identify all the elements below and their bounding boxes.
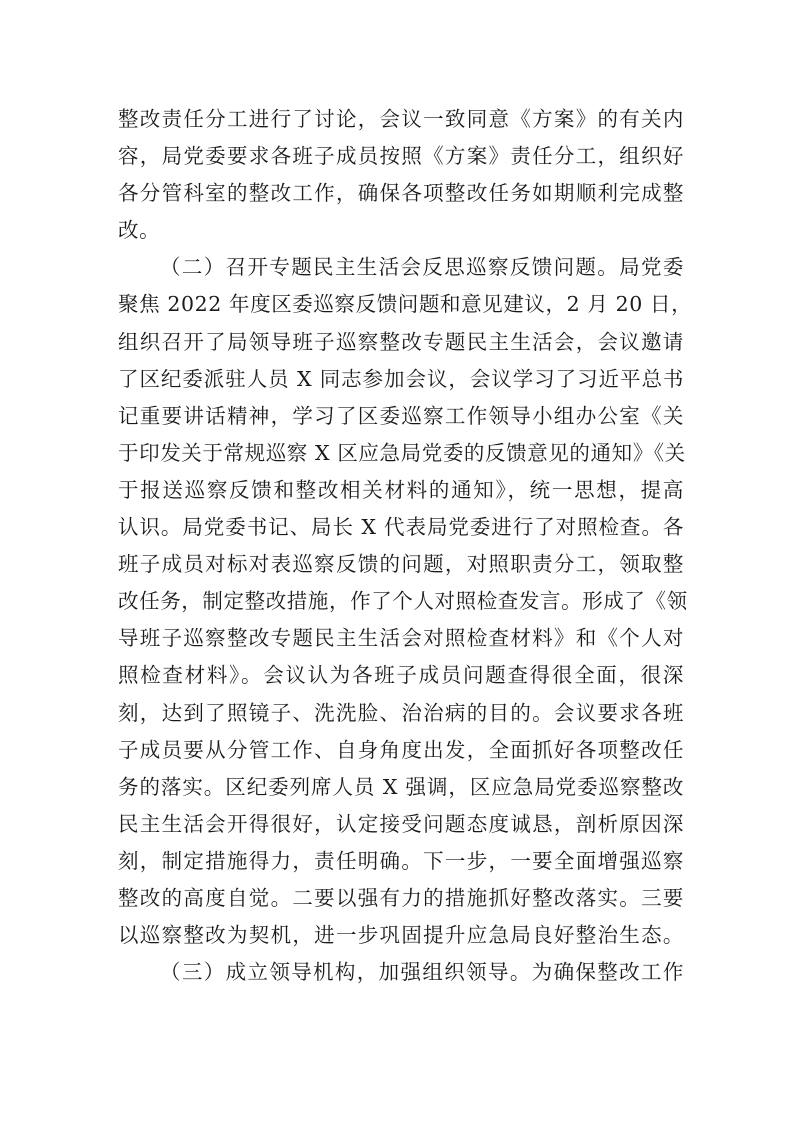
document-page: 整改责任分工进行了讨论，会议一致同意《方案》的有关内容，局党委要求各班子成员按照…	[118, 101, 684, 991]
body-text-line: 照检查材料》。会议认为各班子成员问题查得很全面，很深	[118, 657, 684, 694]
body-text-line: 民主生活会开得很好，认定接受问题态度诚恳，剖析原因深	[118, 806, 684, 843]
body-text-line: 务的落实。区纪委列席人员 X 强调，区应急局党委巡察整改	[118, 769, 684, 806]
body-text-line: 聚焦 2022 年度区委巡察反馈问题和意见建议，2 月 20 日，	[118, 286, 684, 323]
body-text-line: 班子成员对标对表巡察反馈的问题，对照职责分工，领取整	[118, 546, 684, 583]
body-text-line: 各分管科室的整改工作，确保各项整改任务如期顺利完成整	[118, 175, 684, 212]
paragraph-heading-line: （二）召开专题民主生活会反思巡察反馈问题。局党委	[118, 249, 684, 286]
body-text-line: 子成员要从分管工作、自身角度出发，全面抓好各项整改任	[118, 732, 684, 769]
body-text-line: 于印发关于常规巡察 X 区应急局党委的反馈意见的通知》《关	[118, 435, 684, 472]
body-text-line: 容，局党委要求各班子成员按照《方案》责任分工，组织好	[118, 138, 684, 175]
body-text-line: 认识。局党委书记、局长 X 代表局党委进行了对照检查。各	[118, 509, 684, 546]
body-text-line: 记重要讲话精神，学习了区委巡察工作领导小组办公室《关	[118, 398, 684, 435]
body-text-line: 整改责任分工进行了讨论，会议一致同意《方案》的有关内	[118, 101, 684, 138]
body-text-line: 改。	[118, 212, 684, 249]
body-text-line: 刻，达到了照镜子、洗洗脸、治治病的目的。会议要求各班	[118, 695, 684, 732]
body-text-line: 以巡察整改为契机，进一步巩固提升应急局良好整治生态。	[118, 917, 684, 954]
body-text-line: 导班子巡察整改专题民主生活会对照检查材料》和《个人对	[118, 620, 684, 657]
body-text-line: 改任务，制定整改措施，作了个人对照检查发言。形成了《领	[118, 583, 684, 620]
body-text-line: 了区纪委派驻人员 X 同志参加会议，会议学习了习近平总书	[118, 361, 684, 398]
body-text-line: 于报送巡察反馈和整改相关材料的通知》，统一思想，提高	[118, 472, 684, 509]
paragraph-heading-line: （三）成立领导机构，加强组织领导。为确保整改工作	[118, 954, 684, 991]
body-text-line: 组织召开了局领导班子巡察整改专题民主生活会，会议邀请	[118, 324, 684, 361]
body-text-line: 刻，制定措施得力，责任明确。下一步，一要全面增强巡察	[118, 843, 684, 880]
body-text-line: 整改的高度自觉。二要以强有力的措施抓好整改落实。三要	[118, 880, 684, 917]
